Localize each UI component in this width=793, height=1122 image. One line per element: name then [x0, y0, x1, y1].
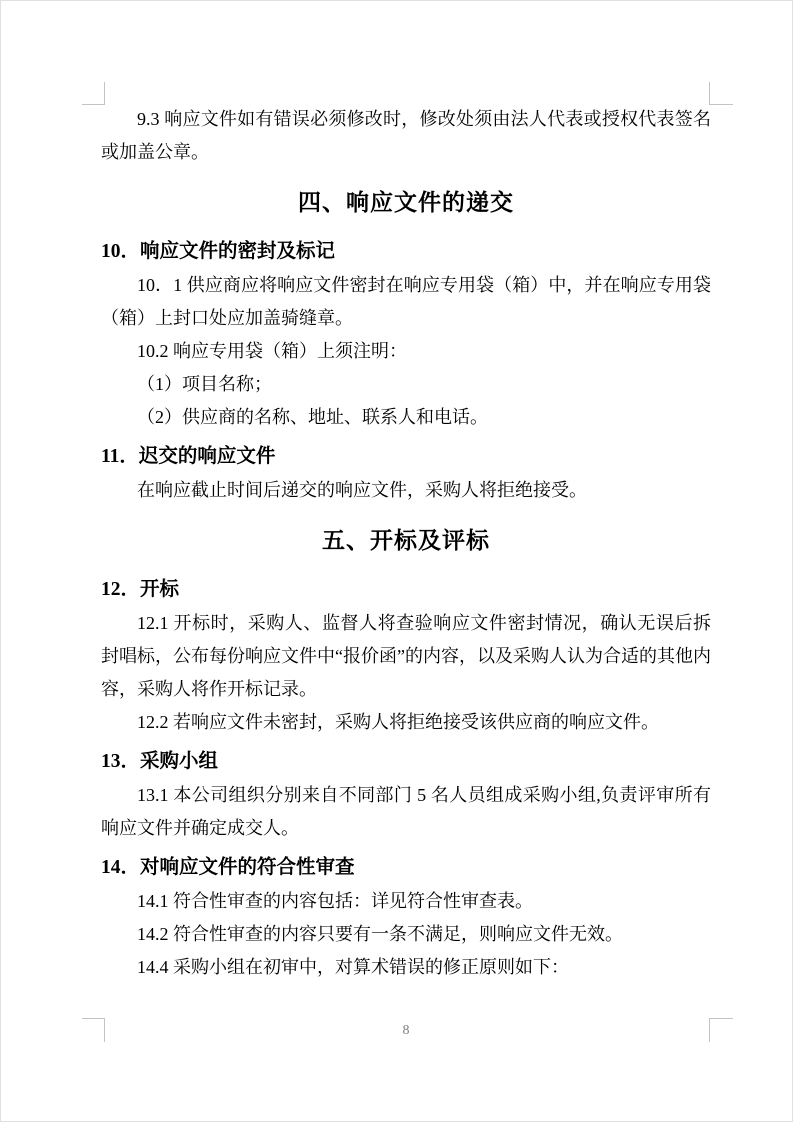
paragraph-10-2-item-1: （1）项目名称；	[101, 368, 711, 401]
text-boundary-mark-bottom-right	[709, 1018, 733, 1042]
section-heading-10-sealing: 10．响应文件的密封及标记	[101, 235, 711, 269]
paragraph-12-2: 12.2 若响应文件未密封，采购人将拒绝接受该供应商的响应文件。	[101, 706, 711, 739]
paragraph-13-1: 13.1 本公司组织分别来自不同部门 5 名人员组成采购小组,负责评审所有响应文…	[101, 779, 711, 845]
paragraph-10-2-item-2: （2）供应商的名称、地址、联系人和电话。	[101, 401, 711, 434]
chapter-heading-5-opening: 五、开标及评标	[101, 523, 711, 559]
paragraph-14-2: 14.2 符合性审查的内容只要有一条不满足，则响应文件无效。	[101, 918, 711, 951]
section-heading-13-group: 13．采购小组	[101, 745, 711, 779]
paragraph-12-1: 12.1 开标时，采购人、监督人将查验响应文件密封情况，确认无误后拆封唱标，公布…	[101, 607, 711, 706]
text-boundary-mark-top-right	[709, 82, 733, 105]
section-heading-14-review: 14．对响应文件的符合性审查	[101, 851, 711, 885]
paragraph-14-4: 14.4 采购小组在初审中，对算术错误的修正原则如下：	[101, 951, 711, 984]
page-number: 8	[101, 1023, 711, 1039]
document-page: 9.3 响应文件如有错误必须修改时，修改处须由法人代表或授权代表签名或加盖公章。…	[0, 0, 793, 1122]
document-body: 9.3 响应文件如有错误必须修改时，修改处须由法人代表或授权代表签名或加盖公章。…	[101, 101, 711, 984]
section-heading-12-opening: 12．开标	[101, 573, 711, 607]
section-heading-11-late: 11．迟交的响应文件	[101, 440, 711, 474]
paragraph-10-1: 10．1 供应商应将响应文件密封在响应专用袋（箱）中，并在响应专用袋（箱）上封口…	[101, 269, 711, 335]
chapter-heading-4-submission: 四、响应文件的递交	[101, 185, 711, 221]
paragraph-9-3: 9.3 响应文件如有错误必须修改时，修改处须由法人代表或授权代表签名或加盖公章。	[101, 103, 711, 169]
paragraph-14-1: 14.1 符合性审查的内容包括：详见符合性审查表。	[101, 885, 711, 918]
paragraph-11-body: 在响应截止时间后递交的响应文件，采购人将拒绝接受。	[101, 474, 711, 507]
paragraph-10-2: 10.2 响应专用袋（箱）上须注明：	[101, 335, 711, 368]
